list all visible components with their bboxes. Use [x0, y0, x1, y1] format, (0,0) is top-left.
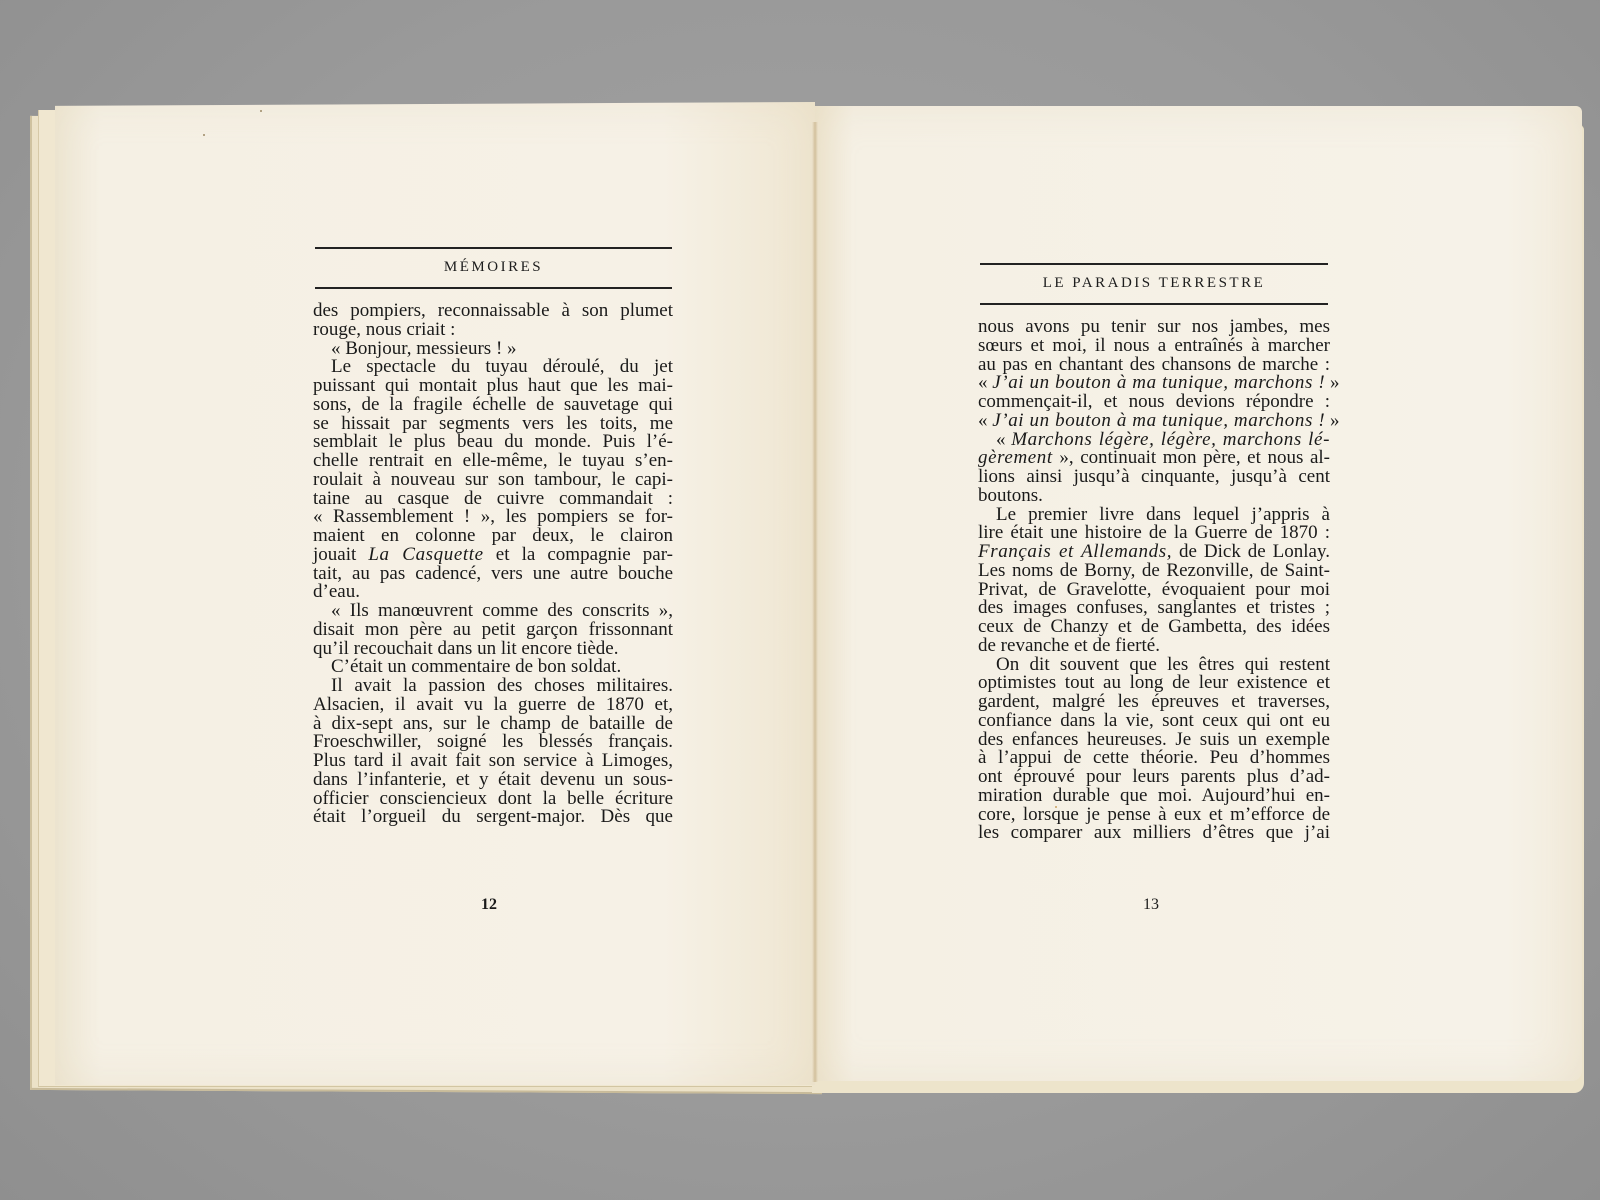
- paper-speck: [203, 134, 205, 136]
- text-line: Il avait la passion des choses militaire…: [313, 677, 673, 696]
- text-line: les comparer aux milliers d’êtres que j’…: [978, 824, 1330, 843]
- text-span: «: [978, 410, 992, 431]
- text-line: sœurs et moi, il nous a entraînés à marc…: [978, 337, 1330, 356]
- text-line: lions ainsi jusqu’à cinquante, jusqu’à c…: [978, 468, 1330, 487]
- paper-speck: [260, 110, 262, 112]
- text-line: Plus tard il avait fait son service à Li…: [313, 752, 673, 771]
- text-line: miration durable que moi. Aujourd’hui en…: [978, 787, 1330, 806]
- left-page-text: des pompiers, reconnaissable à son plume…: [313, 302, 673, 827]
- text-line: roulait à nouveau sur son tambour, le ca…: [313, 471, 673, 490]
- text-line: dans l’infanterie, et y était devenu un …: [313, 771, 673, 790]
- text-line: ont éprouvé pour leurs parents plus d’ad…: [978, 768, 1330, 787]
- text-span: de Dick de Lonlay.: [1172, 541, 1330, 562]
- text-line: ceux de Chanzy et de Gambetta, des idées: [978, 618, 1330, 637]
- text-line: tait, au pas cadencé, vers une autre bou…: [313, 565, 673, 584]
- text-line: des pompiers, reconnaissable à son plume…: [313, 302, 673, 321]
- right-page-text: nous avons pu tenir sur nos jambes, mess…: [978, 318, 1330, 843]
- text-line: sons, de la fragile échelle de sauvetage…: [313, 396, 673, 415]
- text-line: Les noms de Borny, de Rezonville, de Sai…: [978, 562, 1330, 581]
- text-line: boutons.: [978, 487, 1330, 506]
- text-line: « Ils manœuvrent comme des conscrits »,: [313, 602, 673, 621]
- text-line: chelle rentrait en elle-même, le tuyau s…: [313, 452, 673, 471]
- text-span: jouait: [313, 544, 368, 565]
- running-head-left: MÉMOIRES: [315, 247, 672, 289]
- text-line: disait mon père au petit garçon frissonn…: [313, 621, 673, 640]
- book-gutter: [812, 122, 818, 1082]
- text-line: de revanche et de fierté.: [978, 637, 1330, 656]
- text-line: était l’orgueil du sergent-major. Dès qu…: [313, 808, 673, 827]
- text-line: rouge, nous criait :: [313, 321, 673, 340]
- text-line: gardent, malgré les épreuves et traverse…: [978, 693, 1330, 712]
- open-book: MÉMOIRES LE PARADIS TERRESTRE des pompie…: [0, 0, 1600, 1200]
- page-number-left: 12: [481, 896, 497, 914]
- text-line: nous avons pu tenir sur nos jambes, mes: [978, 318, 1330, 337]
- text-span: et la compagnie par-: [484, 544, 673, 565]
- text-line: Français et Allemands, de Dick de Lonlay…: [978, 543, 1330, 562]
- text-line: confiance dans la vie, sont ceux qui ont…: [978, 712, 1330, 731]
- text-line: puissant qui montait plus haut que les m…: [313, 377, 673, 396]
- italic-text: La Casquette: [368, 544, 483, 565]
- italic-text: Français et Allemands,: [978, 541, 1172, 562]
- text-line: jouait La Casquette et la compagnie par-: [313, 546, 673, 565]
- page-number-right: 13: [1143, 896, 1159, 914]
- running-head-right: LE PARADIS TERRESTRE: [980, 263, 1328, 305]
- text-line: Alsacien, il avait vu la guerre de 1870 …: [313, 696, 673, 715]
